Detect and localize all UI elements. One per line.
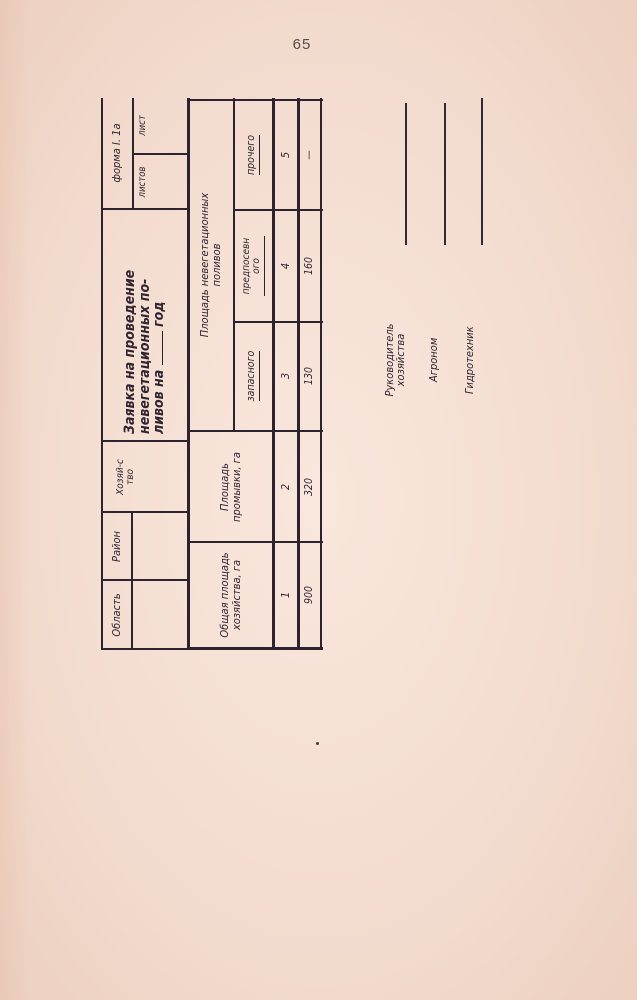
- col-header-presowing: предпосевного: [235, 212, 271, 320]
- title-line-1: Заявка на проведение: [123, 270, 138, 434]
- col-header-total-area: Общая площадь хозяйства, га: [191, 545, 271, 645]
- signature-line-head: [405, 103, 407, 245]
- field-khozyaistvo-label: Хозяй-ство: [116, 457, 137, 497]
- field-khozyaistvo: Хозяй-ство: [103, 443, 149, 511]
- col-header-reserve: запасного: [235, 324, 271, 428]
- col-number-2: 2: [275, 434, 297, 540]
- form-rotated: Область Район Хозяй-ство Заявка на прове…: [101, 98, 323, 650]
- value-other: —: [300, 102, 320, 208]
- page-number: 65: [282, 36, 322, 53]
- signature-line-hydro: [481, 98, 483, 245]
- col-number-1: 1: [275, 545, 297, 645]
- signature-labels: Руководитель хозяйства Агроном Гидротехн…: [380, 250, 500, 400]
- title-line-2: невегетационных по-: [138, 279, 153, 434]
- sheets-count: листов: [134, 156, 152, 208]
- value-total-area: 900: [300, 545, 320, 645]
- field-oblast: Область: [103, 582, 131, 648]
- form-title: Заявка на проведение невегетационных по-…: [105, 212, 185, 440]
- signature-label-agronomist: Агроном: [424, 255, 444, 400]
- signature-label-hydro: Гидротехник: [460, 255, 480, 400]
- col-header-other: прочего: [235, 102, 271, 208]
- col-number-3: 3: [275, 324, 297, 428]
- col-header-flushing-area: Площадь промывки, га: [191, 434, 271, 540]
- form-number: форма I. 1а: [103, 98, 131, 208]
- paper-speck: [316, 742, 319, 745]
- value-presowing: 160: [300, 212, 320, 320]
- field-oblast-label: Область: [111, 593, 123, 636]
- field-raion-label: Район: [111, 531, 123, 562]
- value-reserve: 130: [300, 324, 320, 428]
- col-number-4: 4: [275, 212, 297, 320]
- field-raion: Район: [103, 514, 131, 579]
- sheet-number: лист: [134, 98, 152, 153]
- title-line-3: ливов на год: [152, 302, 167, 434]
- signature-line-agronomist: [444, 103, 446, 245]
- col-group-header: Площадь невегетационных поливов: [191, 102, 231, 428]
- col-number-5: 5: [275, 102, 297, 208]
- value-flushing-area: 320: [300, 434, 320, 540]
- signature-label-head: Руководитель хозяйства: [380, 255, 410, 400]
